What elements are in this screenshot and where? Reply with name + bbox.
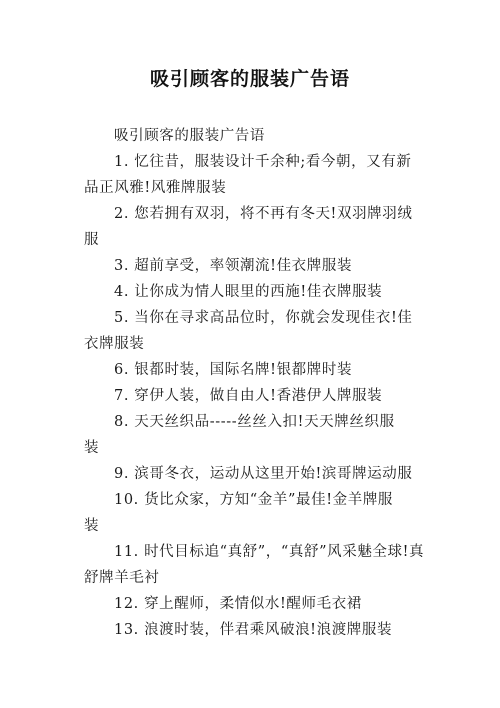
document-line: 装 [84,435,424,461]
document-line: 衣牌服装 [84,331,424,357]
document-line: 13. 浪渡时装，伴君乘风破浪!浪渡牌服装 [114,617,454,643]
document-line: 7. 穿伊人装，做自由人!香港伊人牌服装 [114,383,454,409]
document-line: 服 [84,227,424,253]
document-line: 4. 让你成为情人眼里的西施!佳衣牌服装 [114,279,454,305]
document-line: 3. 超前享受，率领潮流!佳衣牌服装 [114,253,454,279]
document-line: 品正风雅!风雅牌服装 [84,175,424,201]
document-line: 舒牌羊毛衬 [84,565,424,591]
document-line: 6. 银都时装，国际名牌!银都牌时装 [114,357,454,383]
document-line: 9. 滨哥冬衣，运动从这里开始!滨哥牌运动服 [114,461,454,487]
page-title: 吸引顾客的服装广告语 [0,64,500,91]
document-line: 2. 您若拥有双羽，将不再有冬天!双羽牌羽绒 [114,201,454,227]
document-line: 12. 穿上醒师，柔情似水!醒师毛衣裙 [114,591,454,617]
document-line: 1. 忆往昔，服装设计千余种;看今朝，又有新 [114,149,454,175]
document-line: 10. 货比众家，方知“金羊”最佳!金羊牌服 [114,487,454,513]
document-line: 11. 时代目标追“真舒”，“真舒”风采魅全球!真 [114,539,454,565]
document-line: 装 [84,513,424,539]
document-line: 5. 当你在寻求高品位时，你就会发现佳衣!佳 [114,305,454,331]
document-line: 8. 天天丝织品-----丝丝入扣!天天牌丝织服 [114,409,454,435]
intro-heading: 吸引顾客的服装广告语 [114,123,454,149]
